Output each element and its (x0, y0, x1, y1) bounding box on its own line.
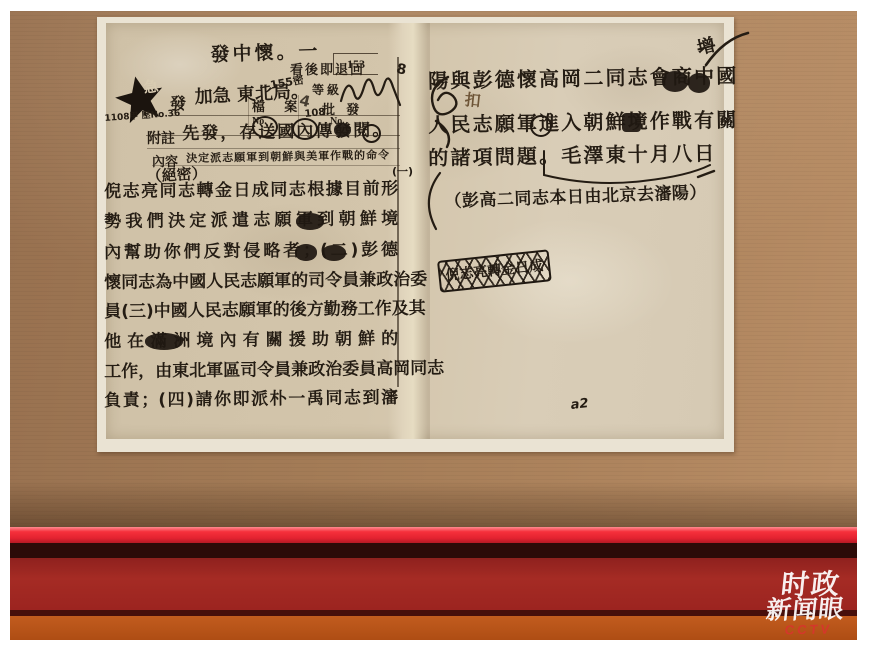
ink-blot (295, 244, 317, 261)
notes-value: 先發，存送國內傳發閱。 (182, 115, 391, 144)
frame-maroon-strip (10, 543, 857, 558)
margin-mark: a2 (570, 396, 589, 413)
ink-circle (252, 116, 278, 138)
frame-white-mat: 發中懷。一 看後即退回 153 急 發 加急 東北局。 —155密 等 級 (97, 17, 734, 452)
manuscript-line: 工作，由東北軍區司令員兼政治委員高岡同志 (104, 354, 398, 387)
manuscript-line: 勢我們決定派遣志願軍到朝鮮境 (104, 204, 398, 237)
manuscript-line: 負責；(四)請你即派朴一禹同志到瀋 (104, 383, 398, 416)
mat-bottom-shadow (10, 481, 857, 532)
grade-label: 等 級 (312, 81, 339, 98)
ink-blot (688, 73, 710, 93)
paren-flourish (418, 171, 444, 231)
ink-blot (662, 71, 688, 92)
ink-blot (334, 123, 351, 137)
content-value: 決定派志願軍到朝鮮與美軍作戰的命令 (186, 146, 390, 166)
exhibit-photo: 發中懷。一 看後即退回 153 急 發 加急 東北局。 —155密 等 級 (10, 11, 857, 640)
urgent-mark: 急 (142, 75, 160, 98)
telegram-manuscript: 發中懷。一 看後即退回 153 急 發 加急 東北局。 —155密 等 級 (106, 23, 724, 439)
news-photo-page: 發中懷。一 看後即退回 153 急 發 加急 東北局。 —155密 等 級 (0, 0, 872, 647)
ink-circle (530, 115, 552, 137)
ink-blot (622, 113, 641, 132)
watermark-line2: 新闻眼 (765, 596, 846, 622)
ink-blot (145, 333, 183, 350)
ink-circle (362, 124, 381, 143)
crossed-out-text: 倪志亮轉金日成 (437, 249, 552, 293)
manuscript-line: 人民志願軍進入朝鮮境作戰有關 (428, 104, 737, 142)
watermark: 时政 新闻眼 CCTV (763, 570, 848, 636)
signature-note: （彭高二同志本日由北京去瀋陽） (444, 178, 707, 212)
manuscript-line: 內幫助你們反對侵略者；(二)彭德 (104, 235, 398, 268)
manuscript-line: 倪志亮同志轉金日成同志根據目前形 (104, 174, 398, 207)
frame-orange-band (10, 616, 857, 640)
ink-blot (296, 213, 324, 230)
ink-blot (322, 245, 346, 261)
notes-label: 附註 (147, 128, 175, 148)
frame-red-strip (10, 527, 857, 543)
ink-circle (292, 118, 318, 140)
manuscript-line: 懷同志為中國人民志願軍的司令員兼政治委 (104, 265, 398, 298)
manuscript-line: 員(三)中國人民志願軍的後方勤務工作及其 (104, 294, 398, 327)
frame-crimson-band (10, 558, 857, 610)
